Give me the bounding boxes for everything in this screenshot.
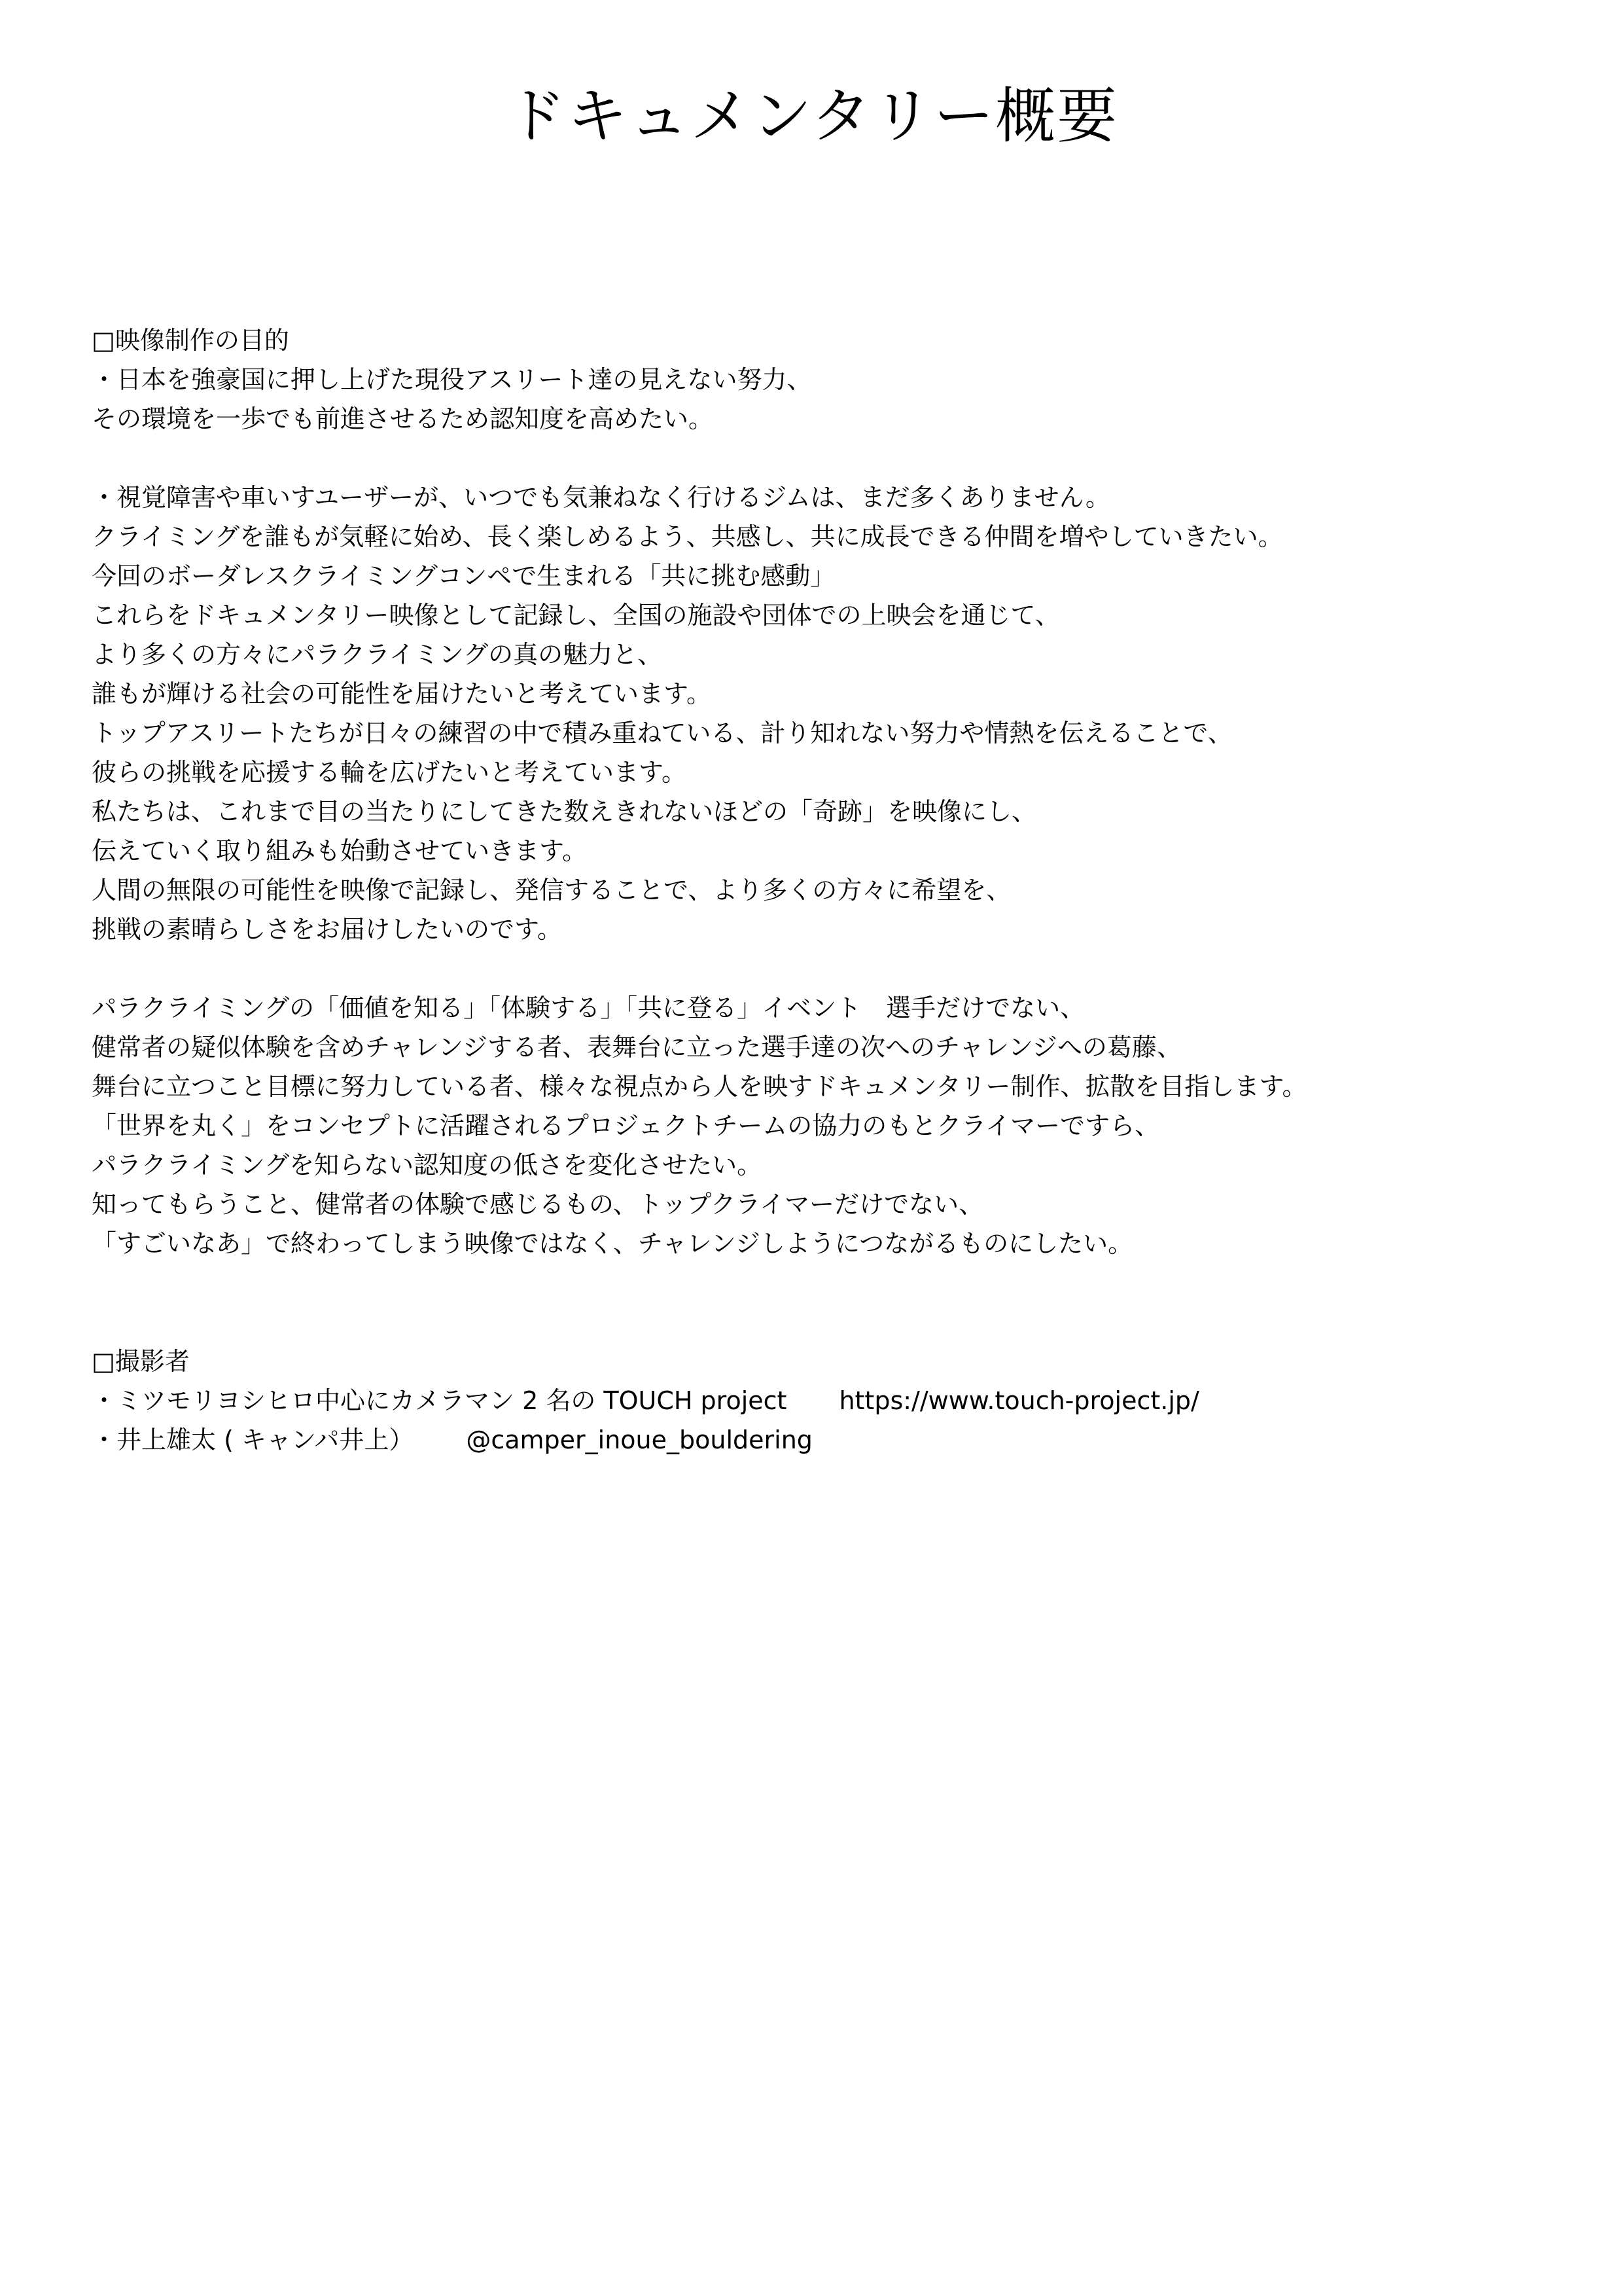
paragraph-line: パラクライミングを知らない認知度の低さを変化させたい。 [92,1145,1557,1185]
paragraph-line: より多くの方々にパラクライミングの真の魅力と、 [92,635,1557,674]
document-body: □映像制作の目的 ・日本を強豪国に押し上げた現役アスリート達の見えない努力、 そ… [92,321,1557,1460]
photographer-item: ・ミツモリヨシヒロ中心にカメラマン 2 名の TOUCH projecthttp… [92,1381,1557,1420]
paragraph-line: 誰もが輝ける社会の可能性を届けたいと考えています。 [92,674,1557,713]
paragraph-line: ・視覚障害や車いすユーザーが、いつでも気兼ねなく行けるジムは、まだ多くありません… [92,478,1557,517]
section-heading-purpose: □映像制作の目的 [92,321,1557,360]
paragraph-line: 私たちは、これまで目の当たりにしてきた数えきれないほどの「奇跡」を映像にし、 [92,792,1557,831]
paragraph-line: 健常者の疑似体験を含めチャレンジする者、表舞台に立った選手達の次へのチャレンジへ… [92,1028,1557,1067]
paragraph-line: ・日本を強豪国に押し上げた現役アスリート達の見えない努力、 [92,360,1557,399]
paragraph-line: クライミングを誰もが気軽に始め、長く楽しめるよう、共感し、共に成長できる仲間を増… [92,517,1557,556]
paragraph-line: 舞台に立つこと目標に努力している者、様々な視点から人を映すドキュメンタリー制作、… [92,1067,1557,1106]
paragraph-spacer [92,439,1557,478]
paragraph-line: 挑戦の素晴らしさをお届けしたいのです。 [92,910,1557,949]
paragraph-line: 「世界を丸く」をコンセプトに活躍されるプロジェクトチームの協力のもとクライマーで… [92,1106,1557,1145]
paragraph-line: その環境を一歩でも前進させるため認知度を高めたい。 [92,399,1557,439]
paragraph-line: 知ってもらうこと、健常者の体験で感じるもの、トップクライマーだけでない、 [92,1185,1557,1224]
photographer-item: ・井上雄太 ( キャンパ井上）@camper_inoue_bouldering [92,1420,1557,1460]
section-spacer [92,1263,1557,1342]
paragraph-line: 「すごいなあ」で終わってしまう映像ではなく、チャレンジしようにつながるものにした… [92,1224,1557,1263]
section-heading-photographers: □撮影者 [92,1342,1557,1381]
instagram-handle-link[interactable]: @camper_inoue_bouldering [466,1426,813,1454]
paragraph-line: トップアスリートたちが日々の練習の中で積み重ねている、計り知れない努力や情熱を伝… [92,713,1557,753]
touch-project-link[interactable]: https://www.touch-project.jp/ [839,1386,1199,1415]
photographer-name: ・ミツモリヨシヒロ中心にカメラマン 2 名の TOUCH project [92,1386,786,1415]
paragraph-line: パラクライミングの「価値を知る」「体験する」「共に登る」イベント 選手だけでない… [92,988,1557,1028]
paragraph-line: 人間の無限の可能性を映像で記録し、発信することで、より多くの方々に希望を、 [92,870,1557,910]
paragraph-line: これらをドキュメンタリー映像として記録し、全国の施設や団体での上映会を通じて、 [92,596,1557,635]
paragraph-line: 伝えていく取り組みも始動させていきます。 [92,831,1557,870]
paragraph-line: 彼らの挑戦を応援する輪を広げたいと考えています。 [92,753,1557,792]
page-title: ドキュメンタリー概要 [0,77,1624,156]
paragraph-spacer [92,949,1557,988]
paragraph-line: 今回のボーダレスクライミングコンペで生まれる「共に挑む感動」 [92,556,1557,596]
photographer-name: ・井上雄太 ( キャンパ井上） [92,1426,414,1454]
